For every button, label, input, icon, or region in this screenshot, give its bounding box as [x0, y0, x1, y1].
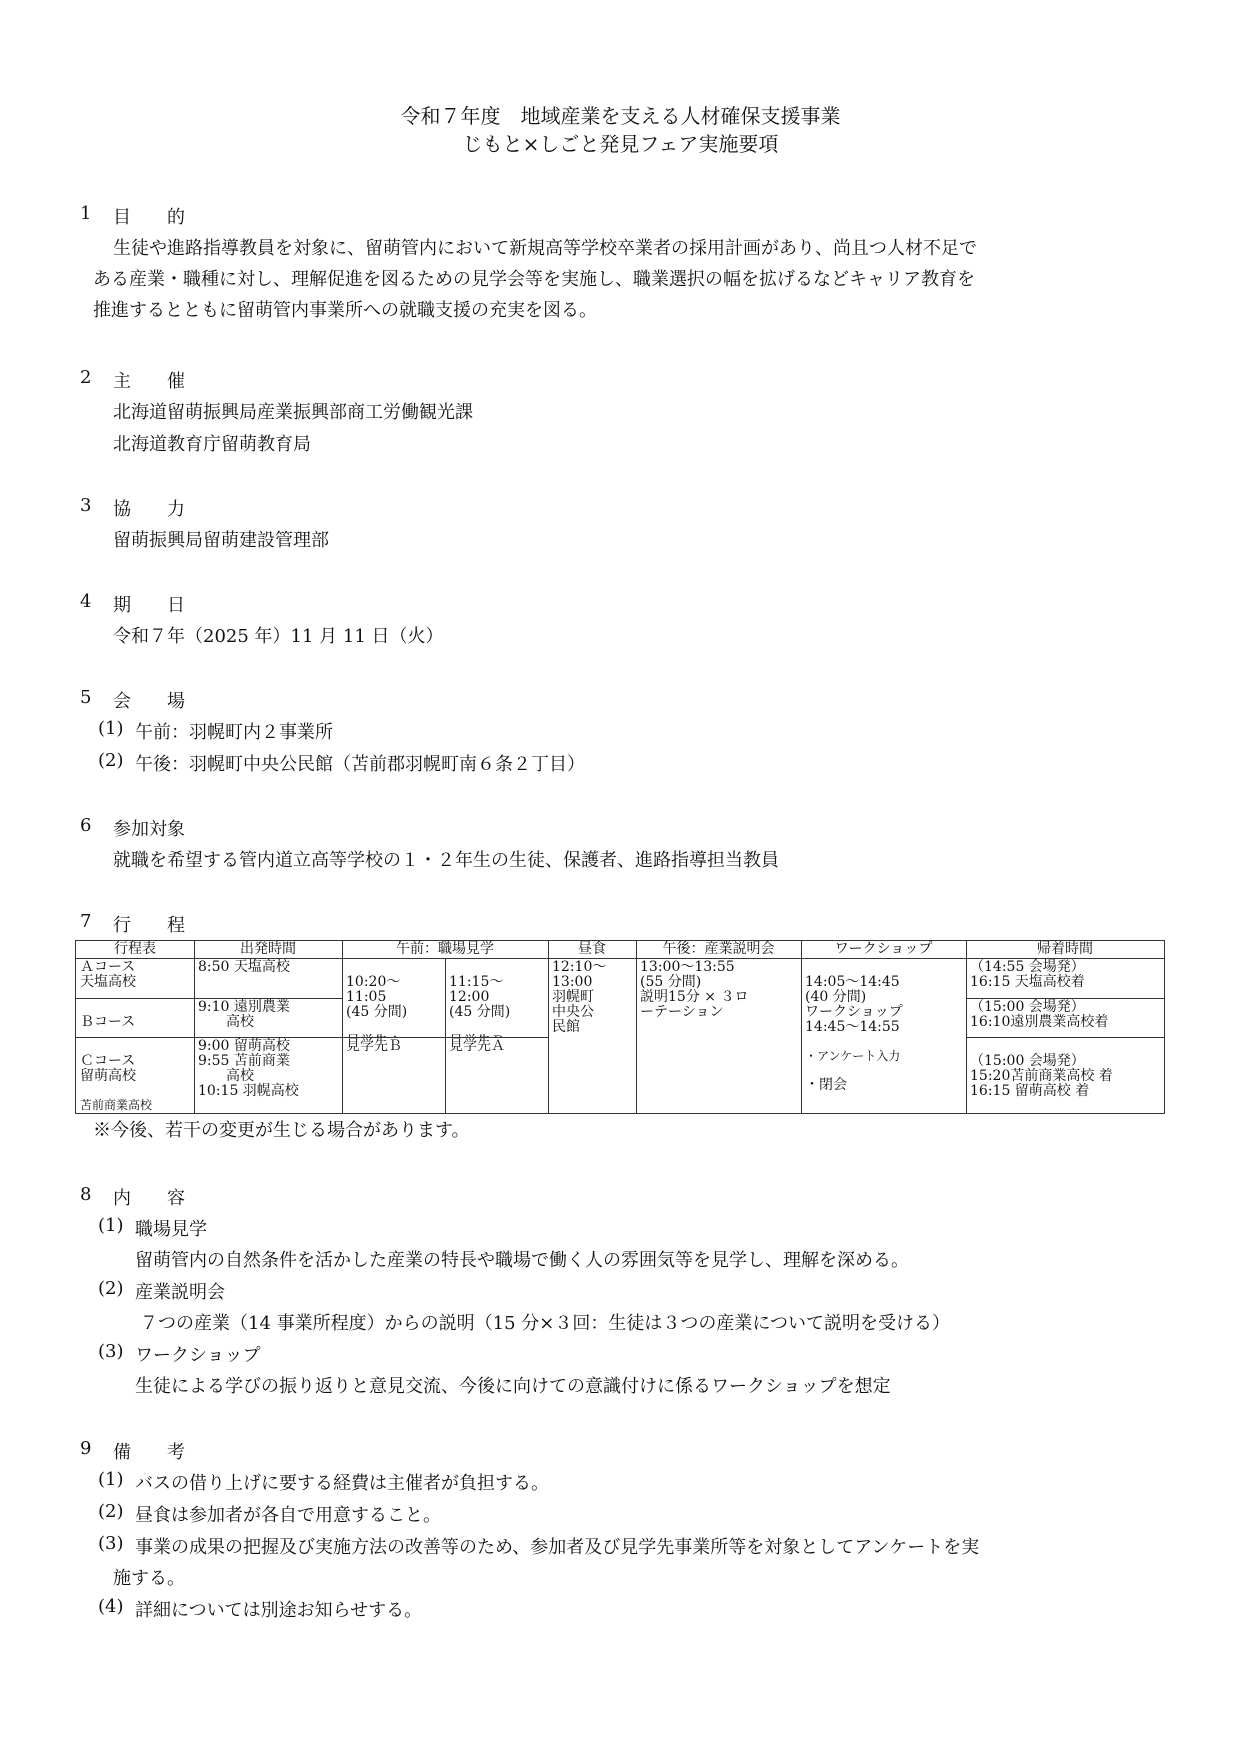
content-1-text: 留萌管内の自然条件を活かした産業の特長や職場で働く人の雰囲気等を見学し、理解を深… — [135, 1246, 909, 1272]
header-return: 帰着時間 — [966, 941, 1164, 958]
participants-text: 就職を希望する管内道立高等学校の１・２年生の生徒、保護者、進路指導担当教員 — [113, 846, 779, 872]
course-a-return: （14:55 会場発） 16:15 天塩高校着 — [966, 959, 1164, 998]
section-1-number: 1 — [80, 203, 91, 224]
course-c-return: （15:00 会場発） 15:20苫前商業高校 着 16:15 留萌高校 着 ※… — [966, 1038, 1164, 1113]
venue-2-marker: (2) — [98, 750, 124, 771]
section-7-heading: 行 程 — [113, 911, 185, 937]
section-6-heading: 参加対象 — [113, 815, 185, 841]
content-3-marker: (3) — [98, 1341, 124, 1362]
cooperation-1: 留萌振興局留萌建設管理部 — [113, 526, 329, 552]
remark-1-text: バスの借り上げに要する経費は主催者が負担する。 — [135, 1469, 549, 1495]
visit-1-ab: 10:20～ 11:05 (45 分間) 見学先Ａ — [342, 959, 445, 1037]
organizer-2: 北海道教育庁留萌教育局 — [113, 430, 311, 456]
section-8-number: 8 — [80, 1184, 91, 1205]
organizer-1: 北海道留萌振興局産業振興部商工労働観光課 — [113, 398, 473, 424]
venue-1-marker: (1) — [98, 718, 124, 739]
visit-2-c-site: 見学先Ａ — [445, 1038, 548, 1113]
section-6-number: 6 — [80, 815, 91, 836]
visit-2-ab: 11:15～ 12:00 (45 分間) 見学先Ｂ — [445, 959, 548, 1037]
content-1-marker: (1) — [98, 1215, 124, 1236]
section-1-heading: 目 的 — [113, 203, 185, 229]
course-c-departure: 9:00 留萌高校 9:55 苫前商業 高校 10:15 羽幌高校 — [194, 1038, 342, 1113]
section-7-number: 7 — [80, 911, 91, 932]
content-2-text: ７つの産業（14 事業所程度）からの説明（15 分×３回：生徒は３つの産業につい… — [140, 1309, 950, 1335]
header-departure: 出発時間 — [194, 941, 342, 958]
schedule-table: 行程表 出発時間 午前：職場見学 昼食 午後：産業説明会 ワークショップ 帰着時… — [75, 940, 1165, 1114]
workshop-item-survey: ・アンケート入力 — [805, 1050, 962, 1063]
course-a-name: Ａコース 天塩高校 — [76, 959, 194, 998]
section-9-heading: 備 考 — [113, 1438, 185, 1464]
visit-1-ab-site: 見学先Ａ — [346, 1035, 441, 1037]
course-c-return-times: （15:00 会場発） 15:20苫前商業高校 着 16:15 留萌高校 着 — [970, 1054, 1160, 1099]
course-c-name: Ｃコース 留萌高校 苫前商業高校 羽幌高校 — [76, 1038, 194, 1113]
content-3-text: 生徒による学びの振り返りと意見交流、今後に向けての意識付けに係るワークショップを… — [135, 1372, 891, 1398]
header-lunch: 昼食 — [548, 941, 636, 958]
section-9-number: 9 — [80, 1438, 91, 1459]
visit-2-time: 11:15～ 12:00 (45 分間) — [449, 975, 544, 1020]
document-title-line2: じもと×しごと発見フェア実施要項 — [0, 128, 1241, 157]
remark-3-marker: (3) — [98, 1533, 124, 1554]
section-4-number: 4 — [80, 591, 91, 612]
purpose-line-1: 生徒や進路指導教員を対象に、留萌管内において新規高等学校卒業者の採用計画があり、… — [113, 234, 977, 260]
course-c-school-2: 苫前商業高校 — [80, 1099, 190, 1112]
section-3-number: 3 — [80, 495, 91, 516]
course-a-departure: 8:50 天塩高校 — [194, 959, 342, 998]
workshop-times: 14:05～14:45 (40 分間) ワークショップ 14:45～14:55 — [805, 975, 962, 1035]
course-b-name: Ｂコース 遠別農業高校 — [76, 999, 194, 1037]
section-8-heading: 内 容 — [113, 1184, 185, 1210]
header-morning-visit: 午前：職場見学 — [342, 941, 548, 958]
remark-4-marker: (4) — [98, 1596, 124, 1617]
content-1-title: 職場見学 — [135, 1215, 207, 1241]
workshop-cell: 14:05～14:45 (40 分間) ワークショップ 14:45～14:55 … — [801, 959, 966, 1113]
section-5-heading: 会 場 — [113, 687, 185, 713]
document-title-line1: 令和７年度 地域産業を支える人材確保支援事業 — [0, 100, 1241, 129]
venue-1-text: 午前：羽幌町内２事業所 — [135, 718, 333, 744]
venue-2-text: 午後：羽幌町中央公民館（苫前郡羽幌町南６条２丁目） — [135, 750, 585, 776]
lunch-cell: 12:10～ 13:00 羽幌町 中央公 民館 — [548, 959, 636, 1113]
course-c-label: Ｃコース 留萌高校 — [80, 1054, 190, 1084]
workshop-item-closing: ・閉会 — [805, 1078, 962, 1093]
remark-1-marker: (1) — [98, 1469, 124, 1490]
visit-2-ab-site: 見学先Ｂ — [449, 1035, 544, 1037]
schedule-note: ※今後、若干の変更が生じる場合があります。 — [93, 1116, 470, 1142]
purpose-line-3: 推進するとともに留萌管内事業所への就職支援の充実を図る。 — [93, 296, 597, 322]
section-5-number: 5 — [80, 687, 91, 708]
section-3-heading: 協 力 — [113, 495, 185, 521]
header-afternoon-briefing: 午後：産業説明会 — [636, 941, 801, 958]
course-b-label: Ｂコース — [80, 1015, 190, 1030]
section-2-number: 2 — [80, 367, 91, 388]
visit-1-time: 10:20～ 11:05 (45 分間) — [346, 975, 441, 1020]
visit-1-c-site: 見学先Ｂ — [342, 1038, 445, 1113]
course-b-return: （15:00 会場発） 16:10遠別農業高校着 — [966, 999, 1164, 1037]
section-4-heading: 期 日 — [113, 591, 185, 617]
course-b-departure: 9:10 遠別農業 高校 — [194, 999, 342, 1037]
purpose-line-2: ある産業・職種に対し、理解促進を図るための見学会等を実施し、職業選択の幅を拡げる… — [93, 265, 975, 291]
content-2-marker: (2) — [98, 1278, 124, 1299]
remark-2-text: 昼食は参加者が各自で用意すること。 — [135, 1501, 441, 1527]
remark-3-continuation: 施する。 — [113, 1564, 185, 1590]
header-course: 行程表 — [76, 941, 194, 958]
remark-4-text: 詳細については別途お知らせする。 — [135, 1596, 422, 1622]
section-2-heading: 主 催 — [113, 367, 185, 393]
briefing-cell: 13:00～13:55 (55 分間) 説明15分 × ３ロ ーテーション — [636, 959, 801, 1113]
content-3-title: ワークショップ — [135, 1341, 261, 1367]
event-date: 令和７年（2025 年）11 月 11 日（火） — [113, 622, 444, 648]
content-2-title: 産業説明会 — [135, 1278, 225, 1304]
remark-3-text: 事業の成果の把握及び実施方法の改善等のため、参加者及び見学先事業所等を対象として… — [135, 1533, 979, 1559]
remark-2-marker: (2) — [98, 1501, 124, 1522]
header-workshop: ワークショップ — [801, 941, 966, 958]
